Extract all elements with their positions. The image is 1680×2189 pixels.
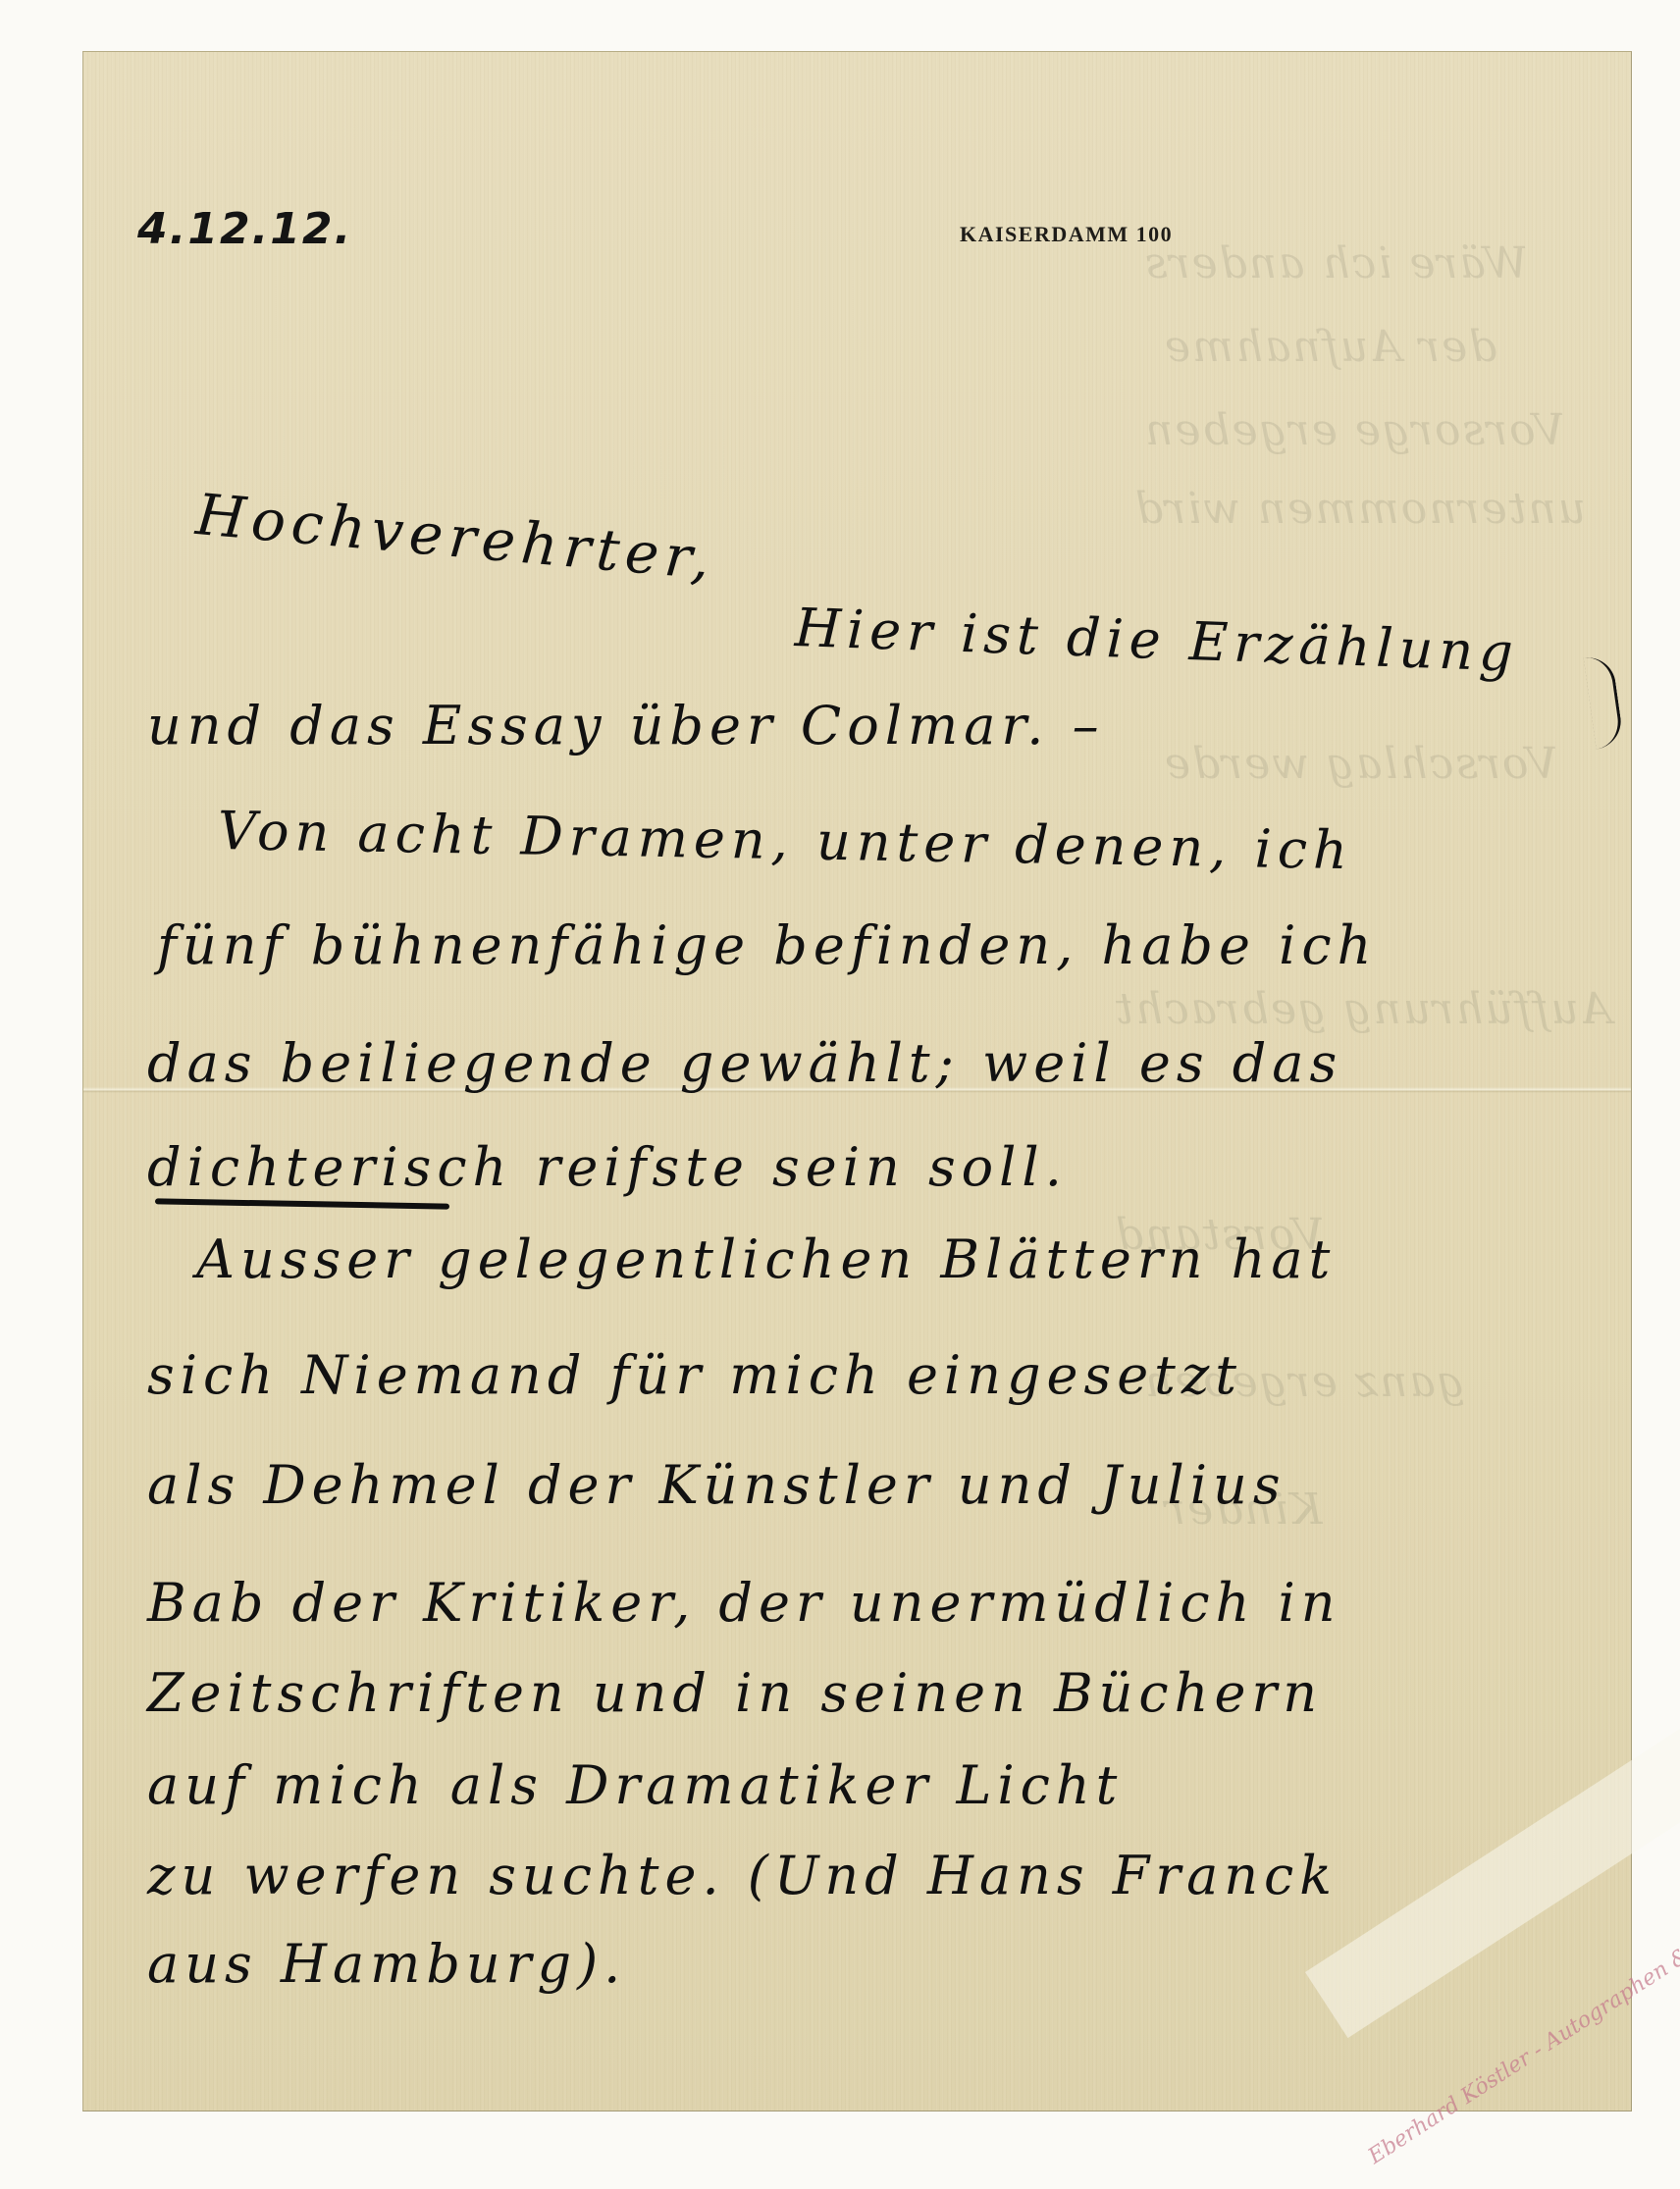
- letter-line: Ausser gelegentlichen Blättern hat: [196, 1228, 1336, 1290]
- letter-line: Bab der Kritiker, der unermüdlich in: [147, 1572, 1341, 1634]
- letter-line: sich Niemand für mich eingesetzt: [147, 1344, 1242, 1406]
- letter-line: das beiliegende gewählt; weil es das: [147, 1032, 1342, 1094]
- letter-date: 4.12.12.: [137, 204, 352, 254]
- letter-line: als Dehmel der Künstler und Julius: [147, 1454, 1286, 1516]
- bleed-through-text: unternommen wird: [1133, 484, 1586, 534]
- bleed-through-text: Wäre ich anders: [1143, 238, 1528, 288]
- bleed-through-text: der Aufnahme: [1163, 322, 1496, 372]
- letter-line: Zeitschriften und in seinen Büchern: [147, 1662, 1323, 1724]
- letter-line: aus Hamburg).: [147, 1933, 626, 1995]
- letter-line: fünf bühnenfähige befinden, habe ich: [157, 914, 1377, 976]
- bleed-through-text: Vorsorge ergeben: [1143, 405, 1564, 455]
- letterhead-address: KAISERDAMM 100: [960, 222, 1173, 247]
- letter-line: zu werfen suchte. (Und Hans Franck: [147, 1845, 1338, 1906]
- bleed-through-text: Aufführung gebracht: [1114, 984, 1612, 1034]
- letter-line: dichterisch reifste sein soll.: [147, 1136, 1068, 1198]
- letter-line: auf mich als Dramatiker Licht: [147, 1754, 1123, 1816]
- letter-line: und das Essay über Colmar. –: [147, 695, 1105, 756]
- bleed-through-text: Vorschlag werde: [1163, 739, 1557, 789]
